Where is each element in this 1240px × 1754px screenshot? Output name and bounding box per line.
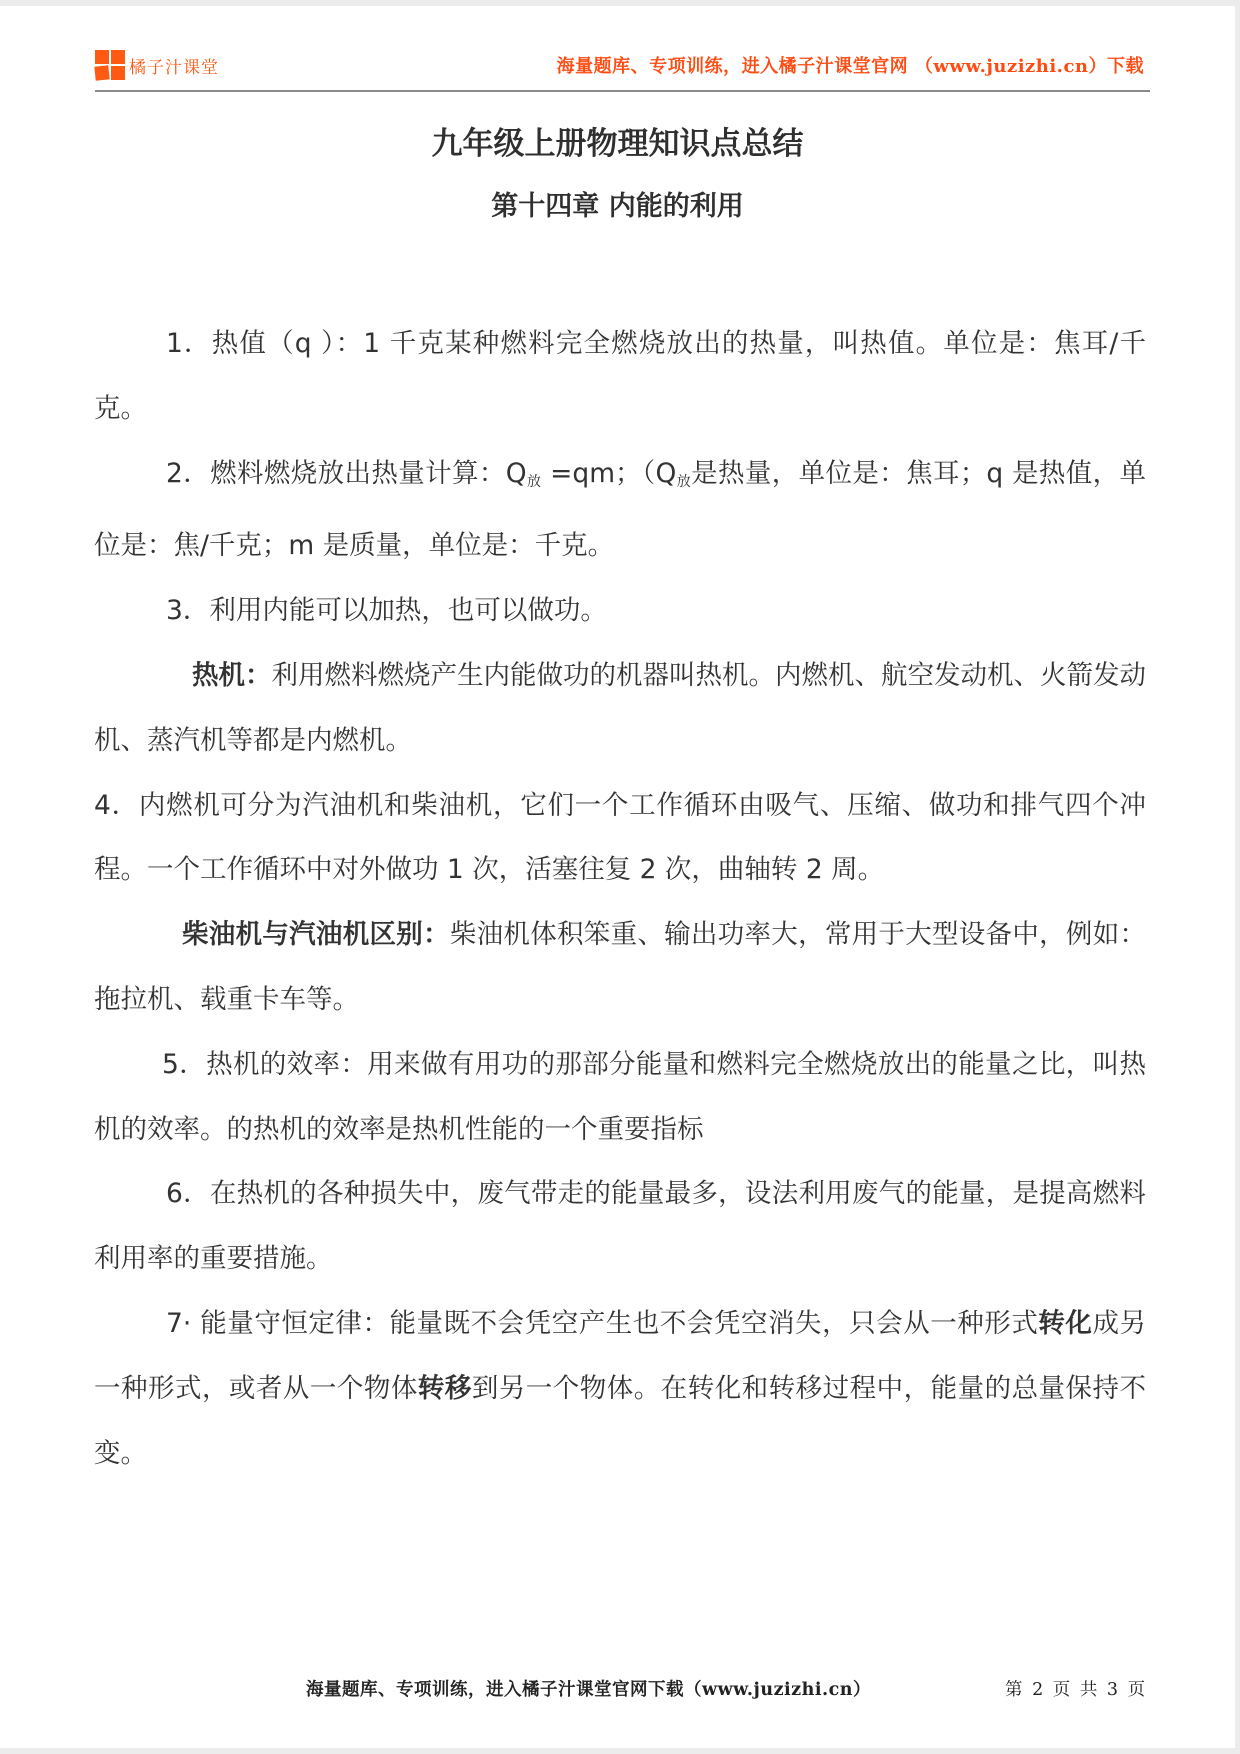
p7-text-a: 7· 能量守恒定律：能量既不会凭空产生也不会凭空消失，只会从一种形式 <box>166 1308 1038 1339</box>
page-indicator: 第 2 页 共 3 页 <box>1005 1676 1145 1701</box>
paragraph-2: 2．燃料燃烧放出热量计算：Q放 =qm；（Q放是热量，单位是：焦耳；q 是热值，… <box>94 442 1146 580</box>
paragraph-3: 3．利用内能可以加热，也可以做功。 <box>94 579 1146 644</box>
logo-text: 橘子汁课堂 <box>129 53 219 78</box>
paragraph-4: 4．内燃机可分为汽油机和柴油机，它们一个工作循环由吸气、压缩、做功和排气四个冲程… <box>94 774 1146 904</box>
document-title: 九年级上册物理知识点总结 <box>0 118 1235 163</box>
logo-squares-icon <box>95 50 125 80</box>
document-body: 1．热值（q ）：1 千克某种燃料完全燃烧放出的热量，叫热值。单位是：焦耳/千克… <box>94 312 1146 1486</box>
paragraph-diesel-vs-gasoline: 柴油机与汽油机区别：柴油机体积笨重、输出功率大，常用于大型设备中，例如：拖拉机、… <box>94 903 1146 1033</box>
footer-slogan-link[interactable]: 海量题库、专项训练，进入橘子汁课堂官网下载（www.juzizhi.cn） <box>306 1676 871 1701</box>
paragraph-1: 1．热值（q ）：1 千克某种燃料完全燃烧放出的热量，叫热值。单位是：焦耳/千克… <box>94 312 1146 442</box>
paragraph-heat-engine: 热机：利用燃料燃烧产生内能做功的机器叫热机。内燃机、航空发动机、火箭发动机、蒸汽… <box>94 644 1146 774</box>
subscript: 放 <box>676 474 691 490</box>
paragraph-7: 7· 能量守恒定律：能量既不会凭空产生也不会凭空消失，只会从一种形式转化成另一种… <box>94 1292 1146 1486</box>
paragraph-6: 6．在热机的各种损失中，废气带走的能量最多，设法利用废气的能量，是提高燃料利用率… <box>94 1162 1146 1292</box>
p2-text-a: 2．燃料燃烧放出热量计算：Q <box>166 458 527 489</box>
p2-text-b: =qm；（Q <box>541 458 676 489</box>
paragraph-5: 5．热机的效率：用来做有用功的那部分能量和燃料完全燃烧放出的能量之比，叫热机的效… <box>94 1033 1146 1163</box>
brand-logo[interactable]: 橘子汁课堂 <box>95 50 219 80</box>
term-transfer: 转移 <box>418 1373 472 1404</box>
header-divider <box>95 90 1150 92</box>
term-transform: 转化 <box>1038 1308 1092 1339</box>
term-heat-engine: 热机： <box>192 660 272 691</box>
document-page: 橘子汁课堂 海量题库、专项训练，进入橘子汁课堂官网 （www.juzizhi.c… <box>0 6 1235 1748</box>
header-slogan-link[interactable]: 海量题库、专项训练，进入橘子汁课堂官网 （www.juzizhi.cn）下载 <box>557 52 1144 78</box>
chapter-subtitle: 第十四章 内能的利用 <box>0 184 1235 223</box>
subscript: 放 <box>527 474 542 490</box>
term-diesel-vs-gasoline: 柴油机与汽油机区别： <box>182 919 450 950</box>
